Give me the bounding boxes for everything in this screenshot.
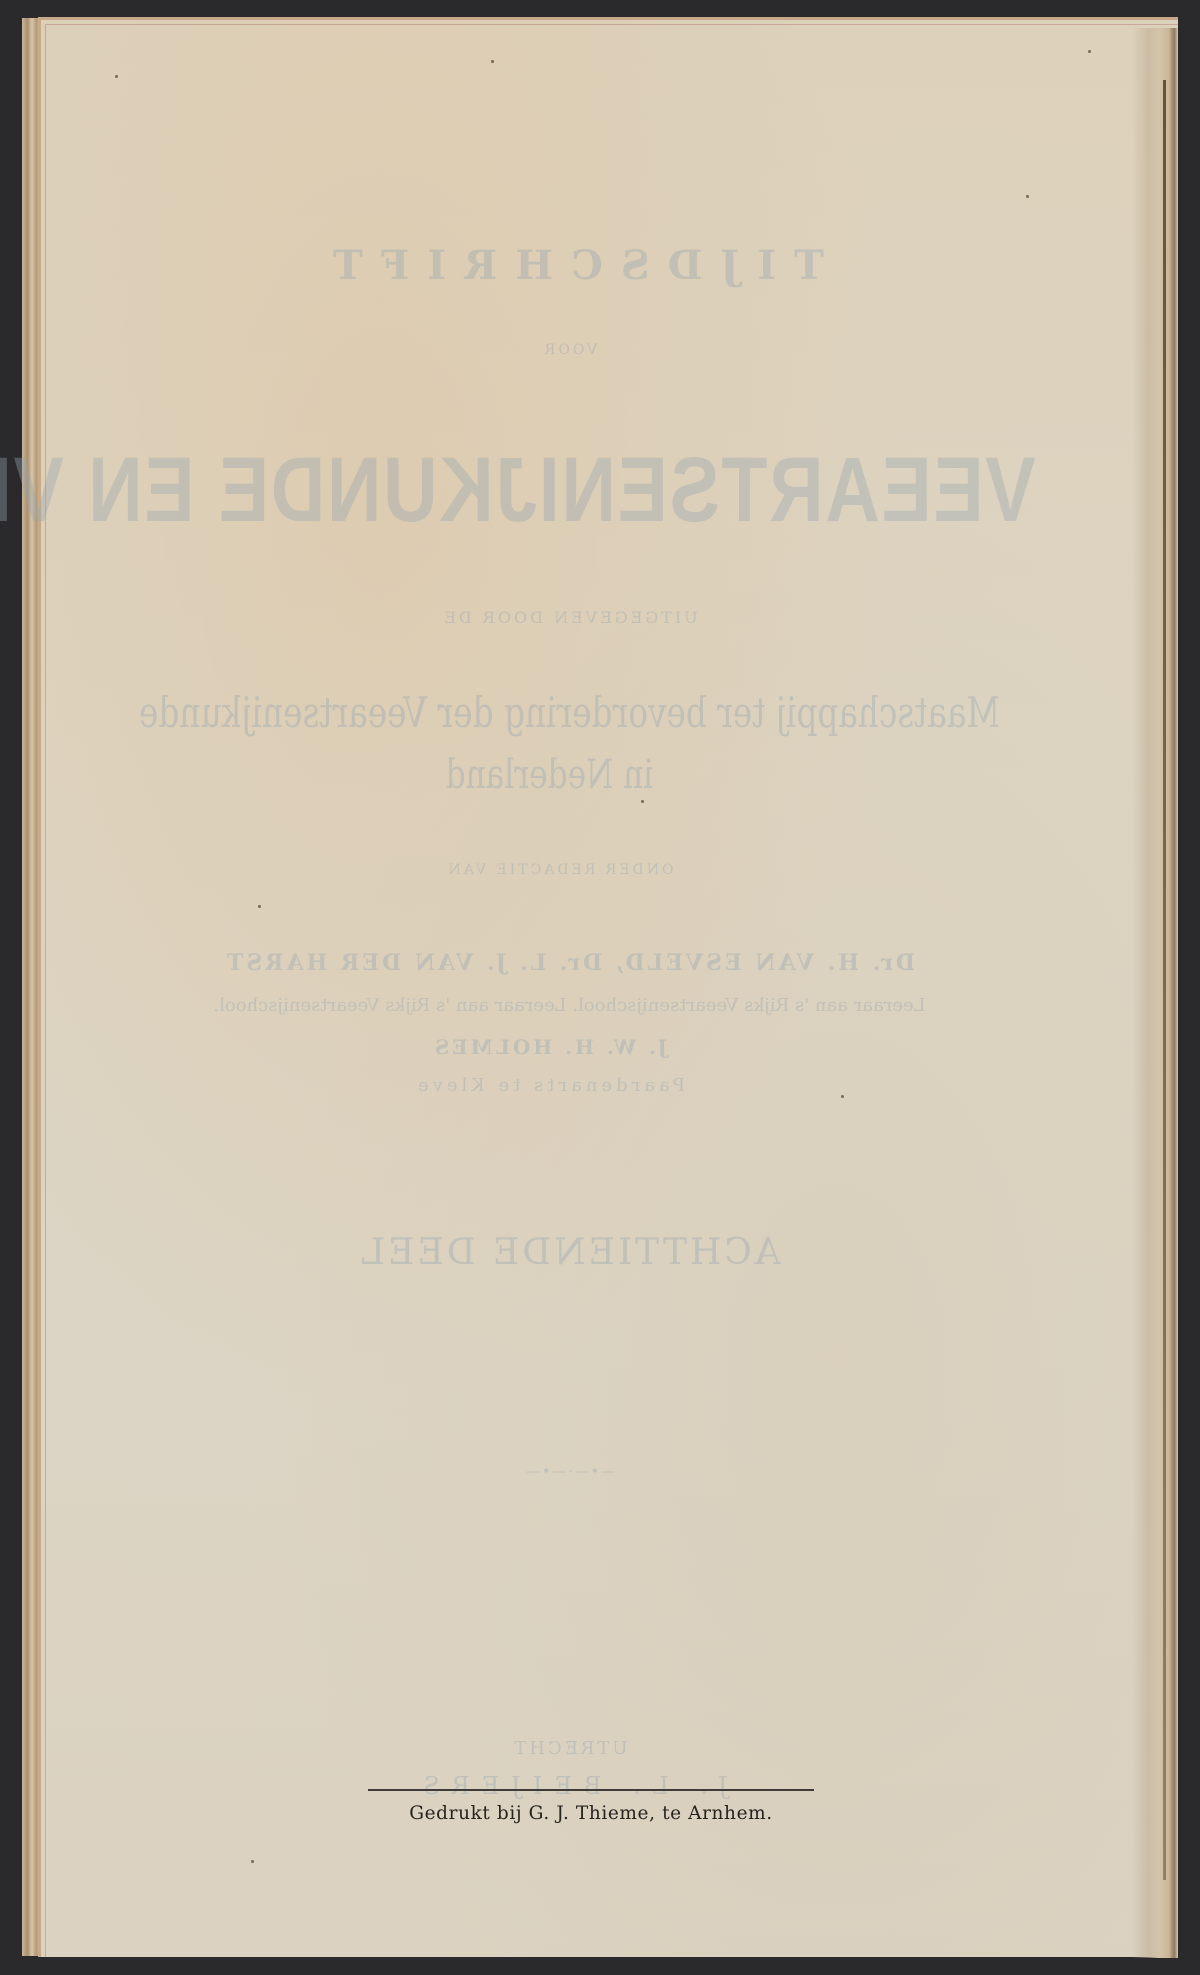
bleed-title-line-1: TIJDSCHRIFT bbox=[1, 242, 1138, 289]
paper-speck bbox=[491, 60, 494, 63]
bleed-voor: VOOR bbox=[1, 342, 1138, 358]
bleed-society-line-2: in Nederland bbox=[106, 752, 993, 798]
bleed-publisher: J. L. BEIJERS bbox=[1, 1772, 1138, 1800]
gutter-shadow bbox=[1163, 80, 1166, 1880]
paper-speck bbox=[258, 905, 261, 908]
bleed-volume: ACHTTIENDE DEEL bbox=[1, 1232, 1138, 1273]
paper-speck bbox=[841, 1095, 844, 1098]
bleed-city: UTRECHT bbox=[1, 1738, 1138, 1759]
bleed-editors-roles: Leeraar aan 's Rijks Veeartsenijschool. … bbox=[1, 995, 1138, 1016]
paper-speck bbox=[115, 75, 118, 78]
scanned-book-page: TIJDSCHRIFT VOOR VEEARTSENIJKUNDE EN VEE… bbox=[0, 0, 1200, 1975]
paper-speck bbox=[1088, 50, 1091, 53]
bleed-editor-3: J. W. H. HOLMES bbox=[0, 1035, 1118, 1059]
imprint-rule bbox=[368, 1789, 814, 1791]
page-edges-right bbox=[1132, 28, 1178, 1958]
bleed-uitgegeven: UITGEGEVEN DOOR DE bbox=[1, 608, 1138, 627]
imprint-text: Gedrukt bij G. J. Thieme, te Arnhem. bbox=[368, 1803, 814, 1824]
bleed-editors: Dr. H. VAN ESVELD, Dr. L. J. VAN DER HAR… bbox=[1, 950, 1138, 976]
paper-speck bbox=[641, 800, 644, 803]
bleed-onder-redactie: ONDER REDACTIE VAN bbox=[0, 862, 1128, 878]
page-leaf: TIJDSCHRIFT VOOR VEEARTSENIJKUNDE EN VEE… bbox=[38, 17, 1178, 1957]
bleed-society-line-1: Maatschappij ter bevordering der Veearts… bbox=[126, 688, 1013, 737]
bleed-ornament: —•—·—•— bbox=[1, 1464, 1138, 1480]
bleed-title-line-2: VEEARTSENIJKUNDE EN VEETEELT bbox=[103, 438, 1035, 543]
paper-speck bbox=[1026, 195, 1029, 198]
paper-speck bbox=[251, 1860, 254, 1863]
bleed-editor-3-role: Paardenarts te Kleve bbox=[0, 1075, 1118, 1096]
